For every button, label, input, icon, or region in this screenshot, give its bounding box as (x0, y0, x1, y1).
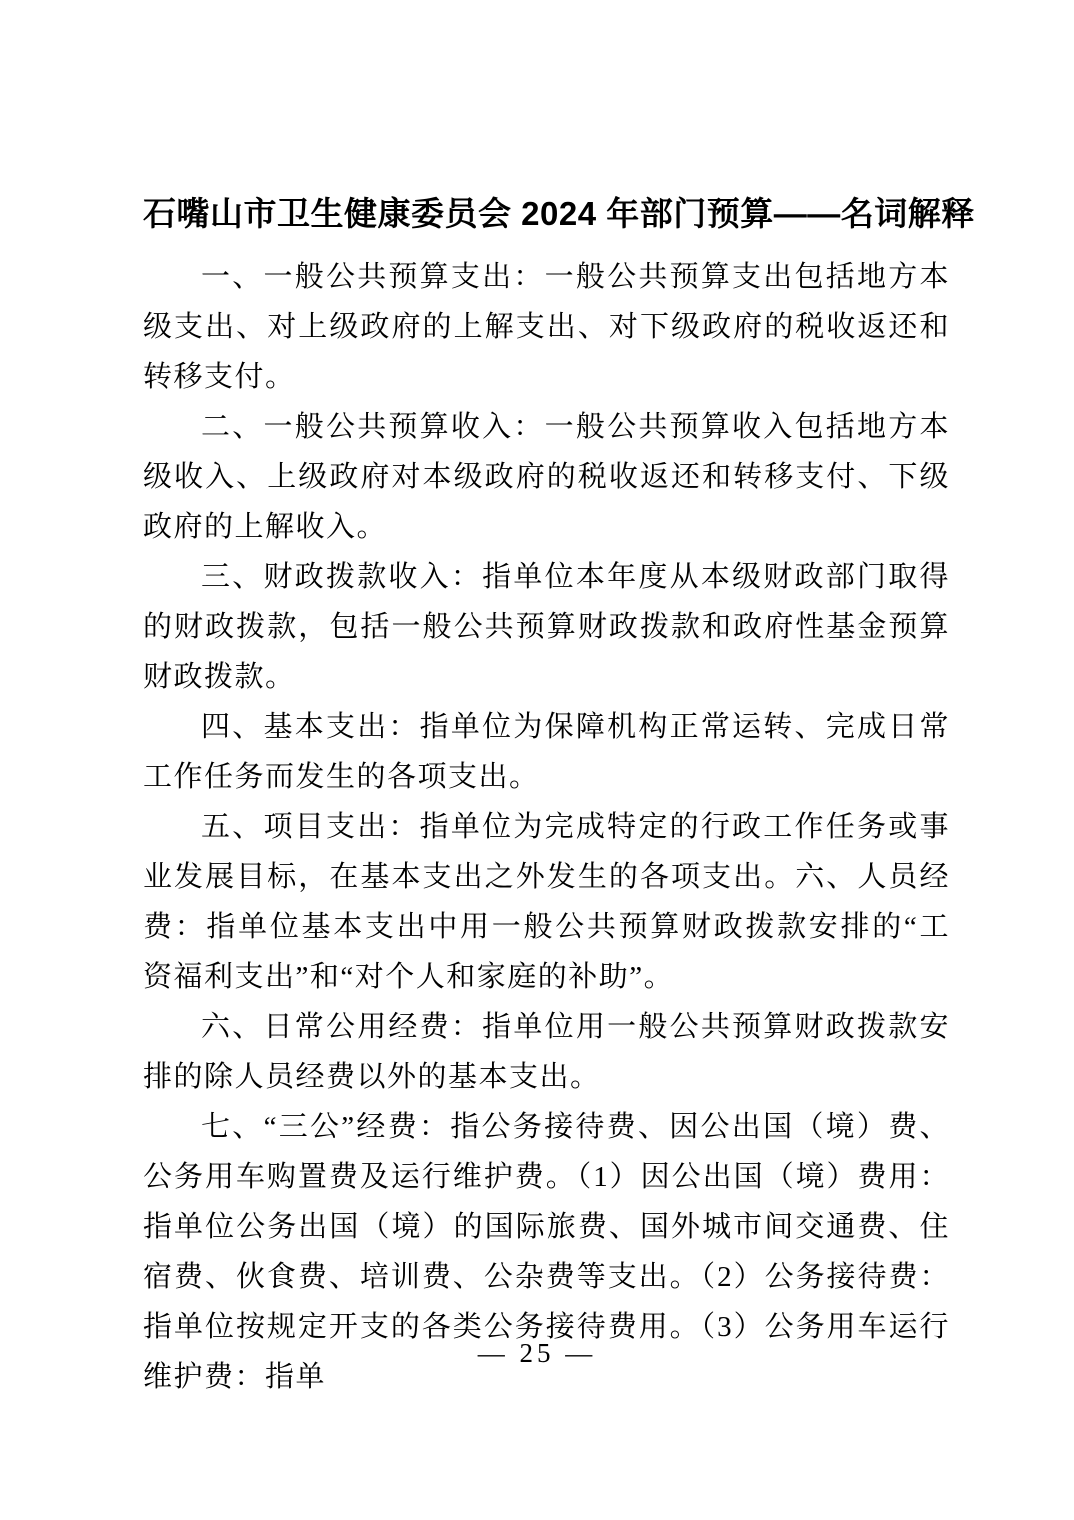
document-page: 石嘴山市卫生健康委员会 2024 年部门预算——名词解释 一、一般公共预算支出：… (0, 0, 1074, 1520)
paragraph-project-expenditure-personnel-funds: 五、项目支出：指单位为完成特定的行政工作任务或事业发展目标，在基本支出之外发生的… (143, 802, 950, 1002)
paragraph-general-public-budget-revenue: 二、一般公共预算收入：一般公共预算收入包括地方本级收入、上级政府对本级政府的税收… (143, 402, 950, 552)
paragraph-fiscal-appropriation-revenue: 三、财政拨款收入：指单位本年度从本级财政部门取得的财政拨款，包括一般公共预算财政… (143, 552, 950, 702)
page-title: 石嘴山市卫生健康委员会 2024 年部门预算——名词解释 (143, 190, 950, 238)
page-number: — 25 — (0, 1338, 1074, 1369)
paragraph-general-public-budget-expenditure: 一、一般公共预算支出：一般公共预算支出包括地方本级支出、对上级政府的上解支出、对… (143, 252, 950, 402)
paragraph-daily-public-funds: 六、日常公用经费：指单位用一般公共预算财政拨款安排的除人员经费以外的基本支出。 (143, 1002, 950, 1102)
document-body: 一、一般公共预算支出：一般公共预算支出包括地方本级支出、对上级政府的上解支出、对… (143, 252, 950, 1402)
paragraph-basic-expenditure: 四、基本支出：指单位为保障机构正常运转、完成日常工作任务而发生的各项支出。 (143, 702, 950, 802)
